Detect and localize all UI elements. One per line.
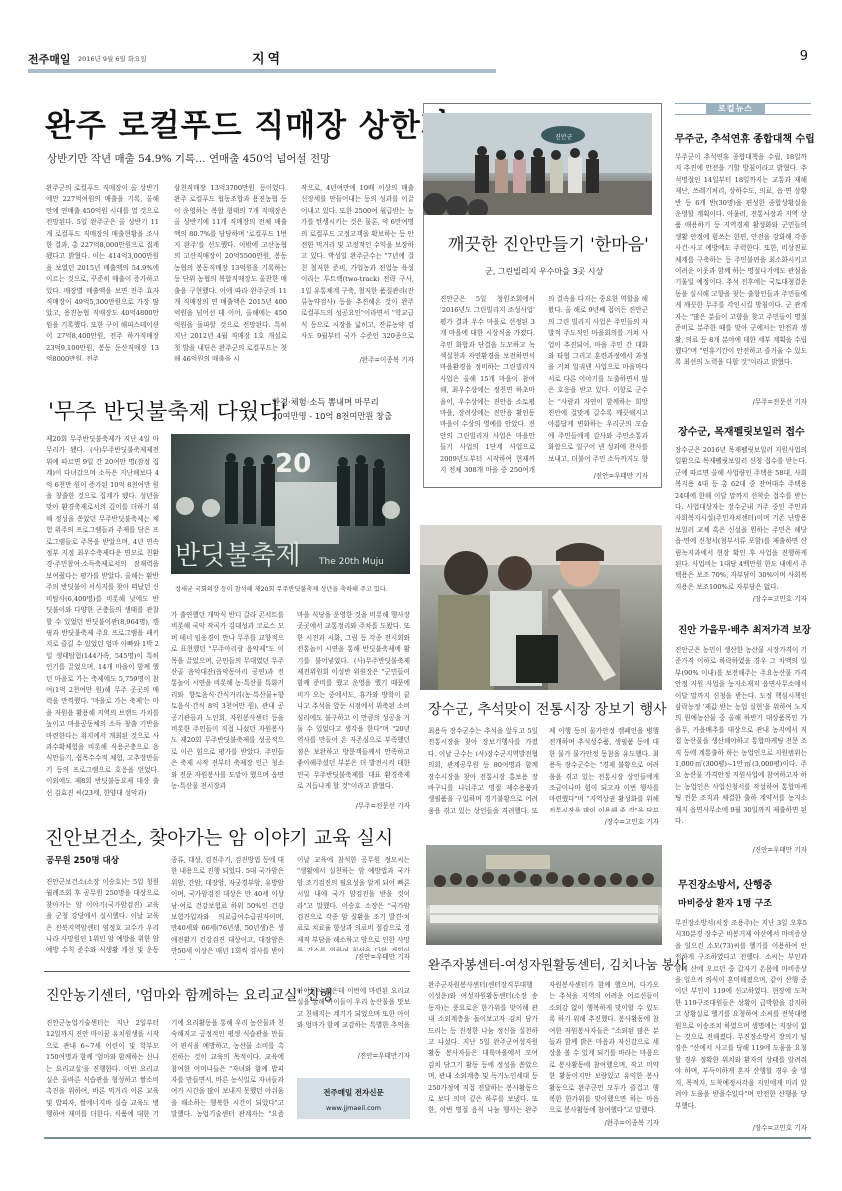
market-column-2: 제 이행 등의 물가안정 캠페인을 병행 전개하며 추석성수품, 생필품 등에 … — [549, 726, 659, 812]
kimchi-byline: /완주=이종복 기자 — [549, 1117, 659, 1127]
bottom-rule — [44, 1137, 811, 1139]
market-column-1: 최용득 장수군수는 추석을 앞두고 5일 전통시장을 찾아 장보기행사를 가졌다… — [428, 726, 538, 818]
muju-column-1: 제20회 무주반딧불축제가 지난 4일 마무리가 됐다. (사)무주반딧불축제제… — [46, 434, 159, 812]
brief-4-title: 무진장소방서, 산행중 — [678, 876, 772, 891]
cooking-column-3: 아이들이 많은데 이번에 마련된 요리교실을 통해 아이들이 우리 농산물을 맛… — [297, 986, 410, 1032]
section-title: 지역 — [252, 48, 283, 67]
promo-title: 전주매일 전자신문 — [297, 1087, 410, 1098]
brief-3-body: 진안군은 농민이 생산한 농산물 시장가격이 기준가격 이하로 하락하였을 경우… — [675, 645, 807, 831]
muju-byline: /무주=전문선 기자 — [297, 800, 410, 810]
market-photo-illustration — [420, 525, 662, 690]
promo-url[interactable]: www.jjmaeil.com — [297, 1104, 410, 1112]
lead-subhead: 상반기만 작년 매출 54.9% 기록… 연매출 450억 넘어설 전망 — [47, 151, 330, 166]
cooking-column-1: 진안군농업기술센터는 지난 2일부터 12일까지 진안 마이꿈 유치원생을 시작… — [46, 1018, 159, 1121]
svg-text:반딧불축제: 반딧불축제 — [175, 541, 301, 571]
lead-byline: /완주=이종복 기자 — [301, 354, 414, 364]
kimchi-volunteers-photo — [426, 845, 662, 945]
kimchi-photo-illustration — [426, 845, 662, 945]
cancer-column-3: 이날 교육에 참석한 공무원 정모씨는 "생활에서 실천하는 암 예방법과 국가… — [297, 855, 410, 951]
jinan-clean-subhead: 군, 그린빌리지 우수마을 3곳 시상 — [485, 266, 603, 277]
cancer-byline: /진안=우태만 기자 — [297, 951, 410, 961]
briefs-label: 로컬뉴스 — [706, 103, 765, 115]
lead-column-1: 완주군의 로컬푸드 직매장이 올 상반기에만 227억여원의 매출을 기록, 올… — [46, 183, 159, 361]
brief-3-title: 진안 가을무·배추 최저가격 보장 — [678, 622, 811, 636]
jinan-clean-column-1: 진안군은 5일 청원조회에서 '2016년도 그린빌리지 조성사업' 평가 결과… — [440, 294, 535, 477]
market-photo — [420, 525, 662, 690]
market-byline: /장수=고민호 기자 — [549, 816, 659, 826]
festival-photo-illustration: 20 반딧불축제 The 20th Muju — [171, 434, 410, 574]
brief-4-byline: /장수=고민호 기자 — [675, 1122, 807, 1132]
muju-headline: '무주 반딧불축제 다웠다' — [48, 395, 287, 426]
cooking-byline: /진안=우태만기자 — [297, 1050, 410, 1060]
svg-text:The 20th Muju: The 20th Muju — [318, 557, 384, 567]
cooking-headline: 진안농기센터, '엄마와 함께하는 요리교실' 진행 — [46, 985, 333, 1005]
jinan-clean-headline: 깨끗한 진안만들기 '한마음' — [448, 230, 649, 255]
brief-1-body: 무주군이 추석연휴 종합대책을 수립, 18일까지 추진에 만전을 기할 방침이… — [675, 152, 807, 404]
lead-column-3: 작으로, 4년여만에 10배 이상의 매출 신장세를 만들어내는 등의 성과를 … — [301, 183, 414, 341]
cancer-subhead: 공무원 250명 대상 — [46, 854, 119, 866]
brief-4-subtitle: 마비증상 환자 1명 구조 — [678, 896, 772, 909]
jinan-clean-column-2: 의 결속을 다지는 중요한 역할을 해왔다. 올 해로 9년째 접어든 진안군의… — [548, 294, 648, 464]
cancer-column-2: 종류, 대상, 검진주기, 검진방법 등에 대한 내용으로 진행 되었다. 5대… — [171, 855, 284, 960]
festival-photo: 20 반딧불축제 The 20th Muju — [171, 434, 410, 574]
kimchi-column-1: 완주군자원봉사센터(센터장직무대행 이성운)와 여성자원활동센터(소장 송동자)… — [428, 980, 538, 1117]
section-divider — [44, 971, 410, 972]
brief-2-byline: /장수=고민호 기자 — [675, 593, 807, 603]
brief-3-byline: /진안=우태만 기자 — [675, 844, 807, 854]
muju-column-3: 마을 식당을 운영한 것을 비롯해 행사장 곳곳에서 교통정리와 주차를 도왔다… — [297, 610, 410, 805]
lead-headline: 완주 로컬푸드 직매장 상한가 — [45, 100, 452, 145]
cancer-headline: 진안보건소, 찾아가는 암 이야기 교육 실시 — [45, 823, 393, 850]
masthead: 전주매일 — [28, 51, 71, 67]
page-number: 9 — [800, 49, 808, 64]
cancer-column-1: 진안군보건소(소장 이승호)는 5일 청원 월례조회 후 공무원 250명을 대… — [46, 877, 159, 957]
kimchi-headline: 완주자봉센터-여성자원활동센터, 김치나눔 봉사 — [428, 955, 686, 973]
brief-1-byline: /무주=전문선 기자 — [675, 396, 807, 406]
e-paper-promo[interactable]: 전주매일 전자신문 www.jjmaeil.com — [297, 1078, 410, 1119]
brief-2-title: 장수군, 목재펠릿보일러 접수 — [678, 423, 805, 438]
jinan-clean-byline: /진안=우태만 기자 — [548, 470, 648, 480]
lead-column-2: 삼천직매장 13억3700만원 등이었다. 완주 로컬푸드 협동조합과 용진농협… — [174, 183, 287, 361]
top-rule-wide — [28, 69, 495, 73]
svg-text:20: 20 — [275, 449, 311, 479]
issue-date: 2016년 9월 6일 화요일 — [78, 54, 147, 63]
festival-photo-caption: 정세균 국회의장 등이 참석해 제20회 무주반딧불축제 성년을 축하해 주고 … — [175, 584, 388, 593]
brief-1-title: 무주군, 추석연휴 종합대책 수립 — [675, 130, 815, 145]
muju-column-2: 가 출연했던 개막식 반디 갈라 콘서트를 비롯해 국악 작곡가 김대성과 코로… — [171, 610, 284, 812]
kimchi-column-2: 자원봉사센터가 함께 했으며, 다가오는 추석을 지역의 어려운 어르신들이 소… — [549, 980, 659, 1116]
cooking-column-2: 기에 요리활동을 통해 우리 농산물과 친숙해지고 긍정적인 평생 식습관을 만… — [171, 1018, 284, 1121]
muju-deck-1: 환경·체험·소득 뽐내며 마무리 — [272, 396, 379, 408]
muju-deck-2: 20여만명 - 10억 8천여만원 창출 — [272, 410, 392, 422]
brief-2-body: 장수군은 2016년 목재펠릿보일러 지원사업의 일환으로 목재펠릿보일러 신청… — [675, 445, 807, 593]
award-photo-illustration: 진안군 — [423, 113, 652, 215]
award-ceremony-photo: 진안군 — [423, 113, 652, 215]
svg-text:진안군: 진안군 — [555, 133, 573, 141]
market-headline: 장수군, 추석맞이 전통시장 장보기 행사 — [428, 699, 667, 719]
brief-4-body: 무진장소방서(서장 조용주)는 지난 3일 오후5시30분경 장수군 비봉거제 … — [675, 918, 807, 1128]
